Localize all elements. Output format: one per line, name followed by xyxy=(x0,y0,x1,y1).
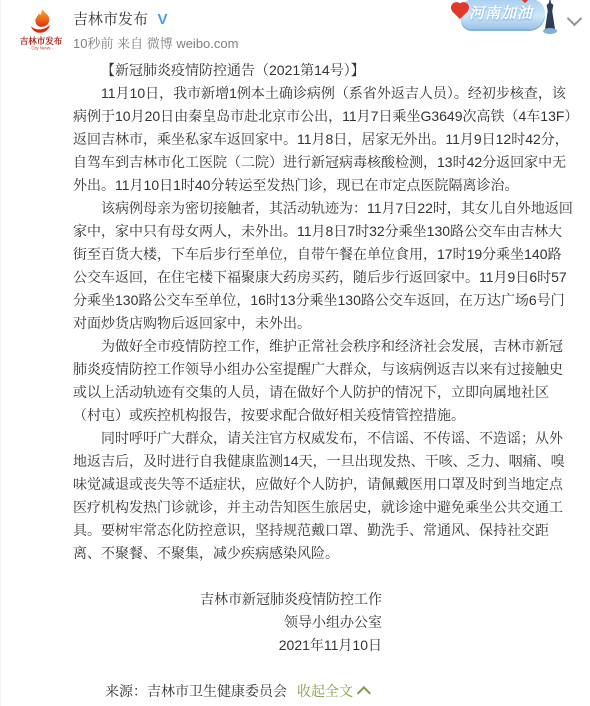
chevron-down-icon[interactable] xyxy=(567,11,583,27)
badge-label: 河南加油 xyxy=(469,2,545,23)
source-label: 来源：吉林市卫生健康委员会 xyxy=(105,683,287,699)
avatar[interactable]: 吉林市发布 · City News · xyxy=(16,9,66,61)
heart-icon xyxy=(449,3,471,23)
signature-line: 领导小组办公室 xyxy=(73,611,382,634)
tower-icon xyxy=(543,0,557,36)
post-content: 吉林市发布 V 10秒前 来自 微博 weibo.com 【新冠肺炎疫情防控通告… xyxy=(73,0,574,700)
avatar-tagline: · City News · xyxy=(20,46,63,51)
post-paragraph: 同时呼吁广大群众，请关注官方权威发布，不信谣、不传谣、不造谣；从外地返吉后，及时… xyxy=(73,427,574,565)
post-text: 【新冠肺炎疫情防控通告（2021第14号）】 11月10日，我市新增1例本土确诊… xyxy=(73,59,574,700)
signature-line: 2021年11月10日 xyxy=(73,634,382,657)
weibo-post-card: 吉林市发布 · City News · 河南加油 吉林市发布 V 10秒前 来自… xyxy=(0,0,590,706)
source-app[interactable]: 来自 微博 weibo.com xyxy=(117,36,238,51)
timestamp[interactable]: 10秒前 xyxy=(73,36,113,51)
chevron-up-icon[interactable] xyxy=(357,686,371,700)
post-title: 【新冠肺炎疫情防控通告（2021第14号）】 xyxy=(73,59,574,82)
post-paragraph: 该病例母亲为密切接触者，其活动轨迹为：11月7日22时，其女儿自外地返回家中，家… xyxy=(73,197,574,335)
avatar-name: 吉林市发布 xyxy=(16,36,66,46)
collapse-full-text-link[interactable]: 收起全文 xyxy=(297,683,353,699)
post-paragraph: 为做好全市疫情防控工作，维护正常社会秩序和经济社会发展，吉林市新冠肺炎疫情防控工… xyxy=(73,335,574,427)
verified-badge-icon: V xyxy=(157,10,167,30)
post-header-actions: 河南加油 xyxy=(453,0,580,36)
author-name[interactable]: 吉林市发布 xyxy=(73,11,148,28)
post-paragraph: 11月10日，我市新增1例本土确诊病例（系省外返吉人员）。经初步核查，该病例于1… xyxy=(73,82,574,197)
henan-jiayou-badge: 河南加油 xyxy=(453,0,559,36)
post-meta: 10秒前 来自 微博 weibo.com xyxy=(73,36,574,52)
flame-icon xyxy=(26,9,56,36)
signature-block: 吉林市新冠肺炎疫情防控工作 领导小组办公室 2021年11月10日 xyxy=(73,588,574,657)
signature-line: 吉林市新冠肺炎疫情防控工作 xyxy=(73,588,382,611)
source-row: 来源：吉林市卫生健康委员会收起全文 xyxy=(73,683,574,700)
